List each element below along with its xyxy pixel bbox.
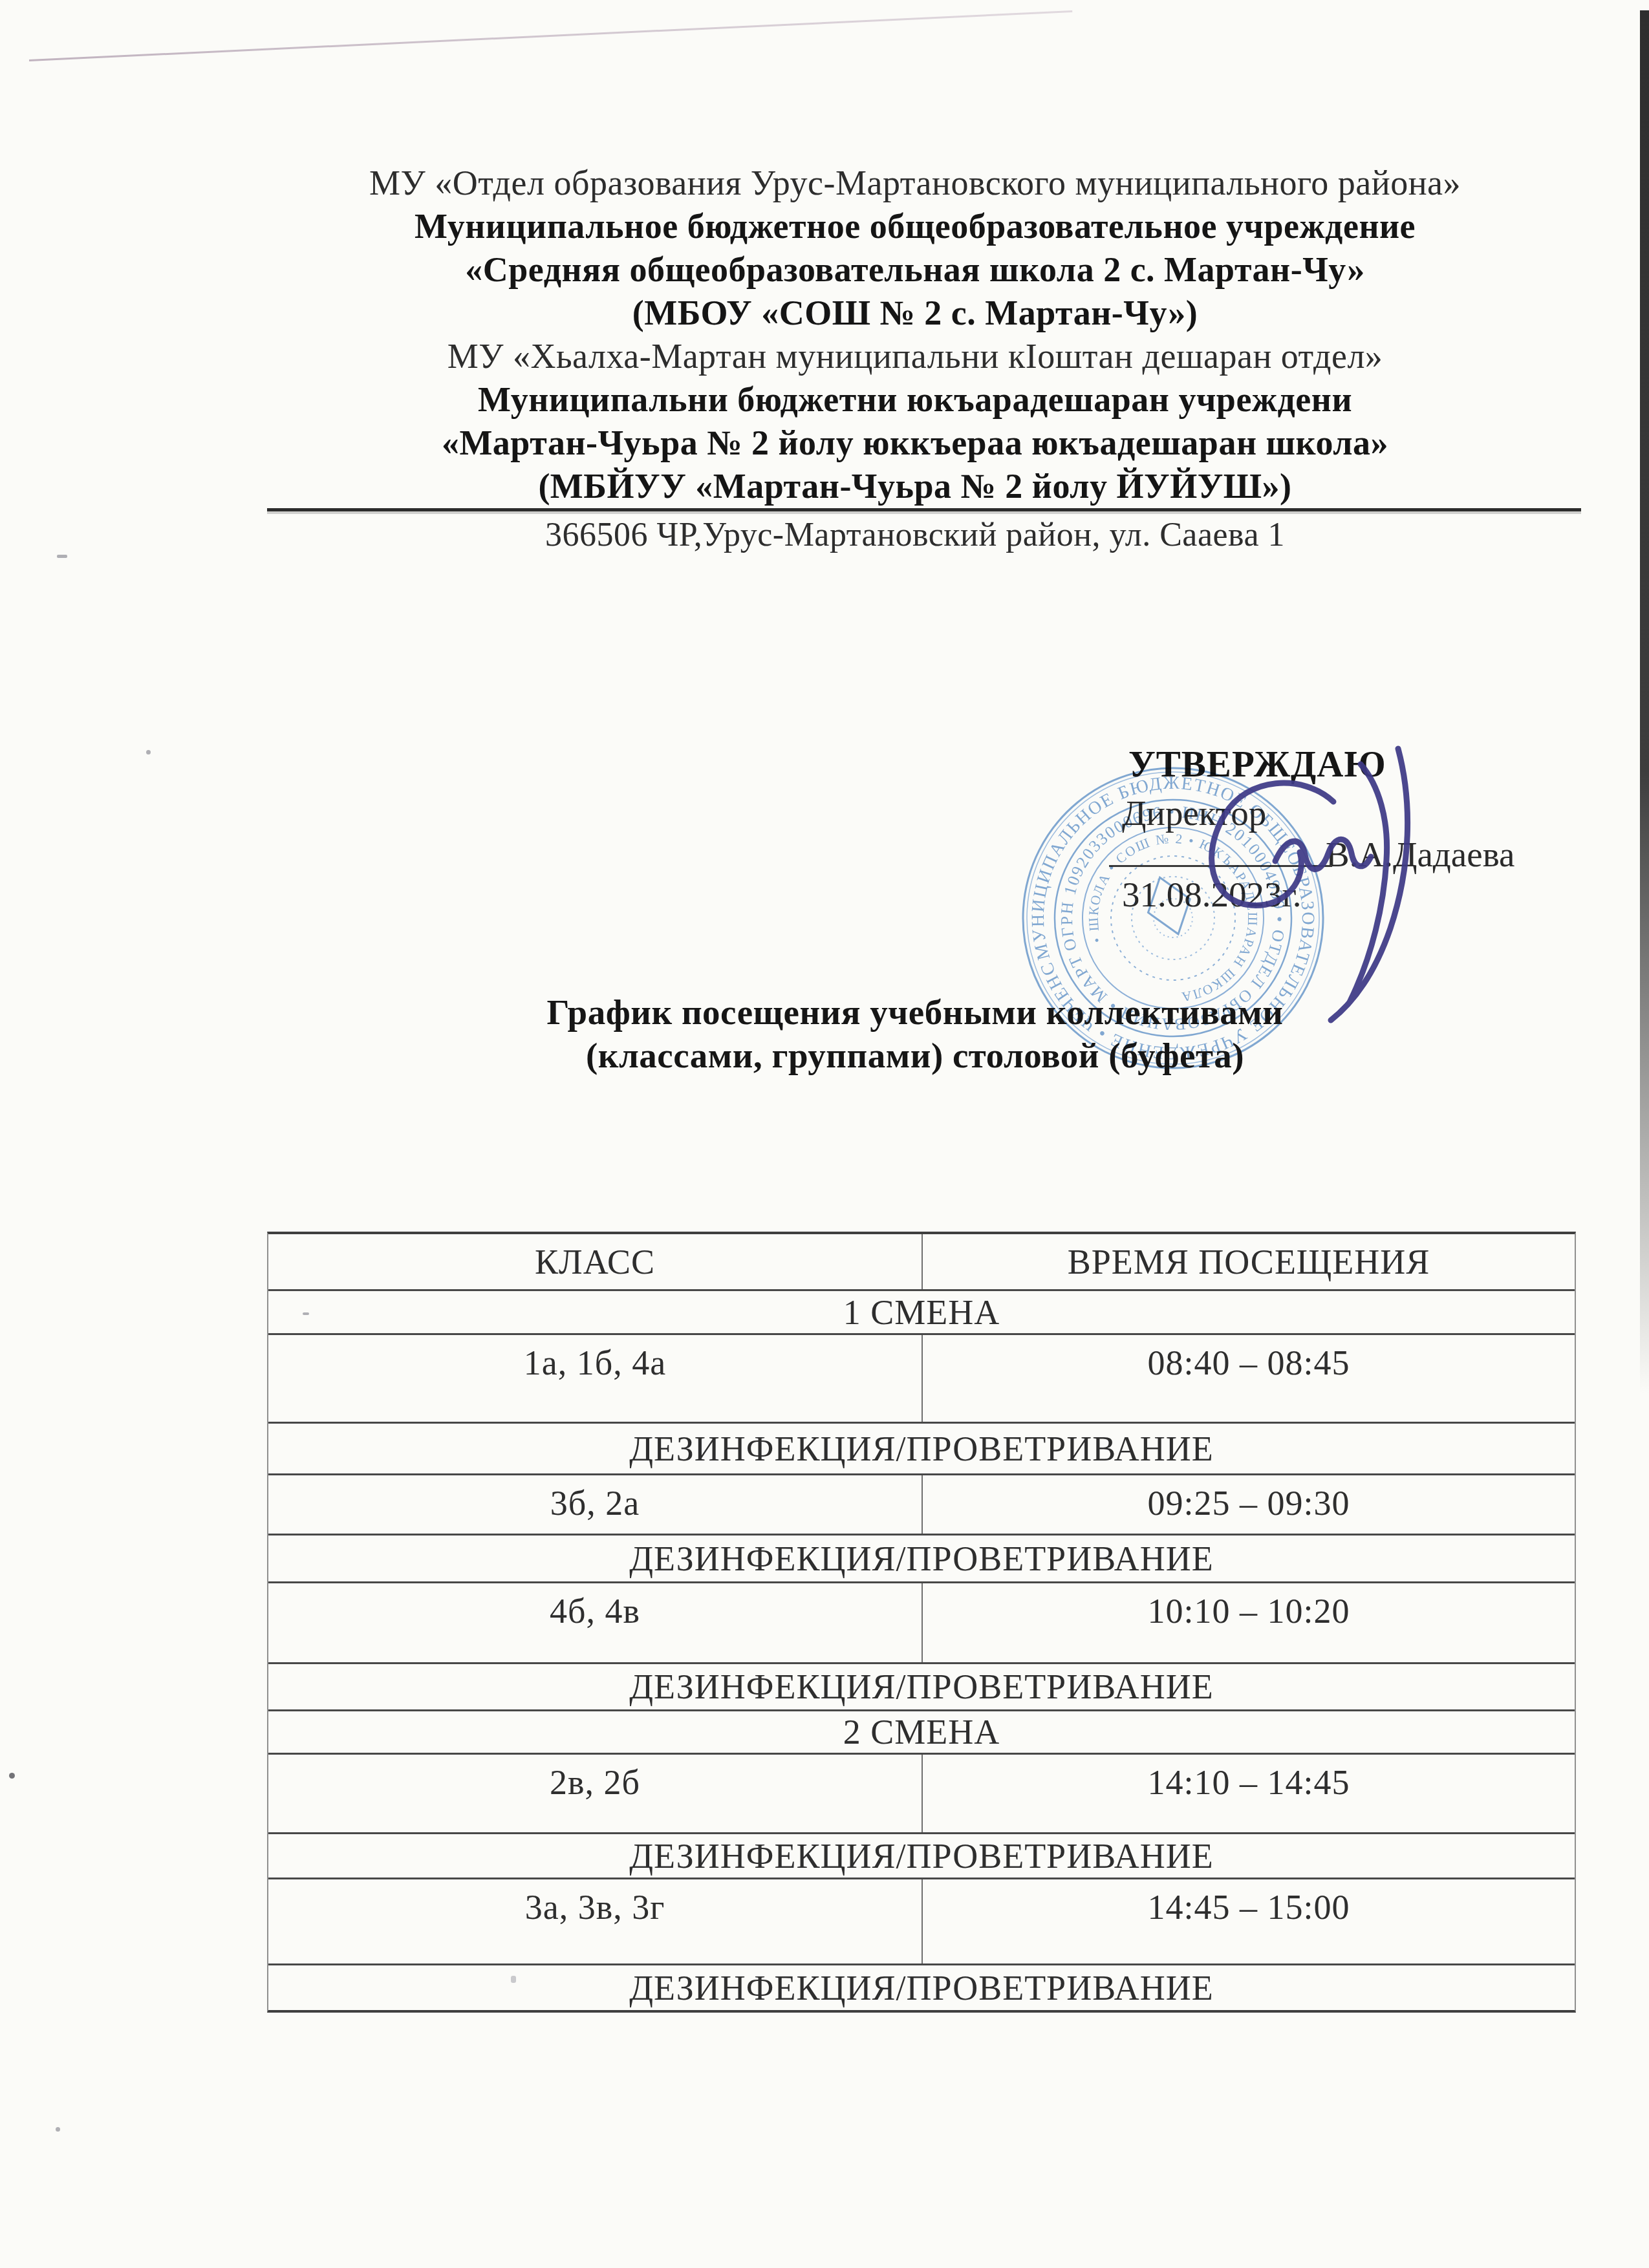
table-section-row: ДЕЗИНФЕКЦИЯ/ПРОВЕТРИВАНИЕ: [268, 1534, 1575, 1581]
org-address: 366506 ЧР,Урус-Мартановский район, ул. С…: [268, 516, 1562, 554]
table-section-row: ДЕЗИНФЕКЦИЯ/ПРОВЕТРИВАНИЕ: [268, 1422, 1575, 1473]
document-title-line2: (классами, группами) столовой (буфета): [268, 1034, 1562, 1077]
document-title-line1: График посещения учебными коллективами: [268, 990, 1562, 1034]
header-divider-rule: [267, 508, 1581, 511]
org-header-line: Муниципальни бюджетни юкъарадешаран учре…: [268, 378, 1562, 422]
section-label: ДЕЗИНФЕКЦИЯ/ПРОВЕТРИВАНИЕ: [268, 1834, 1575, 1878]
section-label: 1 СМЕНА: [268, 1291, 1575, 1333]
approve-label: УТВЕРЖДАЮ: [1128, 744, 1386, 786]
approver-role: Директор: [1122, 793, 1266, 833]
schedule-table: КЛАСС ВРЕМЯ ПОСЕЩЕНИЯ 1 СМЕНА 1а, 1б, 4а…: [267, 1232, 1576, 2013]
scanned-document-page: МУ «Отдел образования Урус-Мартановского…: [0, 0, 1649, 2268]
time-cell: 10:10 – 10:20: [921, 1583, 1575, 1662]
section-label: ДЕЗИНФЕКЦИЯ/ПРОВЕТРИВАНИЕ: [268, 1965, 1575, 2010]
section-label: ДЕЗИНФЕКЦИЯ/ПРОВЕТРИВАНИЕ: [268, 1424, 1575, 1473]
org-header-line: МУ «Хьалха-Мартан муниципальни кIоштан д…: [268, 335, 1562, 378]
column-header-class: КЛАСС: [268, 1234, 921, 1289]
approver-name: В.А.Дадаева: [1326, 834, 1514, 875]
org-header: МУ «Отдел образования Урус-Мартановского…: [268, 162, 1562, 508]
org-header-line: (МБЙУУ «Мартан-Чуьра № 2 йолу ЙУЙУШ»): [268, 465, 1562, 508]
table-section-row: ДЕЗИНФЕКЦИЯ/ПРОВЕТРИВАНИЕ: [268, 1662, 1575, 1709]
scan-speck: [9, 1773, 15, 1779]
section-label: ДЕЗИНФЕКЦИЯ/ПРОВЕТРИВАНИЕ: [268, 1664, 1575, 1709]
scan-artifact-right-edge: [1640, 10, 1649, 1394]
approval-date: 31.08.2023г.: [1122, 874, 1302, 915]
table-section-row: ДЕЗИНФЕКЦИЯ/ПРОВЕТРИВАНИЕ: [268, 1832, 1575, 1878]
time-cell: 14:45 – 15:00: [921, 1879, 1575, 1963]
table-section-row: ДЕЗИНФЕКЦИЯ/ПРОВЕТРИВАНИЕ: [268, 1963, 1575, 2010]
org-header-line: (МБОУ «СОШ № 2 с. Мартан-Чу»): [268, 292, 1562, 335]
table-header-row: КЛАСС ВРЕМЯ ПОСЕЩЕНИЯ: [268, 1234, 1575, 1289]
document-title: График посещения учебными коллективами (…: [268, 990, 1562, 1077]
class-cell: 2в, 2б: [268, 1755, 921, 1832]
column-header-time: ВРЕМЯ ПОСЕЩЕНИЯ: [921, 1234, 1575, 1289]
class-cell: 3б, 2а: [268, 1475, 921, 1534]
class-cell: 3а, 3в, 3г: [268, 1879, 921, 1963]
class-cell: 1а, 1б, 4а: [268, 1335, 921, 1422]
scan-artifact-top-line: [29, 10, 1072, 61]
org-header-line: МУ «Отдел образования Урус-Мартановского…: [268, 162, 1562, 205]
time-cell: 14:10 – 14:45: [921, 1755, 1575, 1832]
scan-speck: [57, 555, 67, 558]
signature-line: [1109, 865, 1332, 867]
table-row: 3б, 2а 09:25 – 09:30: [268, 1473, 1575, 1534]
org-header-line: Муниципальное бюджетное общеобразователь…: [268, 205, 1562, 248]
table-row: 4б, 4в 10:10 – 10:20: [268, 1581, 1575, 1662]
section-label: ДЕЗИНФЕКЦИЯ/ПРОВЕТРИВАНИЕ: [268, 1535, 1575, 1581]
time-cell: 09:25 – 09:30: [921, 1475, 1575, 1534]
table-section-row: 2 СМЕНА: [268, 1709, 1575, 1753]
org-header-line: «Средняя общеобразовательная школа 2 с. …: [268, 248, 1562, 292]
scan-speck: [146, 750, 151, 754]
table-row: 3а, 3в, 3г 14:45 – 15:00: [268, 1878, 1575, 1963]
time-cell: 08:40 – 08:45: [921, 1335, 1575, 1422]
org-header-line: «Мартан-Чуьра № 2 йолу юккъераа юкъадеша…: [268, 422, 1562, 465]
section-label: 2 СМЕНА: [268, 1711, 1575, 1753]
table-row: 2в, 2б 14:10 – 14:45: [268, 1753, 1575, 1832]
class-cell: 4б, 4в: [268, 1583, 921, 1662]
table-row: 1а, 1б, 4а 08:40 – 08:45: [268, 1333, 1575, 1422]
table-section-row: 1 СМЕНА: [268, 1289, 1575, 1333]
scan-speck: [56, 2127, 60, 2132]
